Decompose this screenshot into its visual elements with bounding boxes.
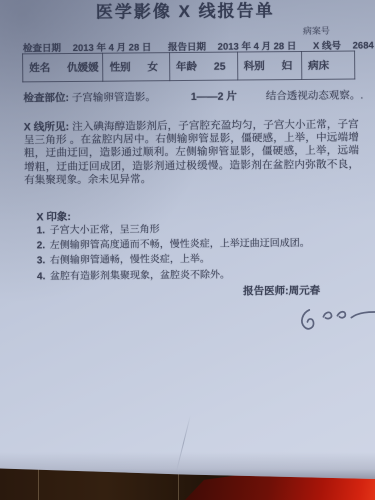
xray-findings-paragraph: X 线所见: 注入碘海醇造影剂后，子宫腔充盈均匀，子宫大小正常，子宫呈三角形 。… [24, 119, 360, 188]
cell-age: 年龄 25 [169, 52, 237, 81]
exam-note: 结合透视动态观察。. [266, 89, 364, 102]
item-number: 4. [37, 269, 50, 284]
doctor-label: 报告医师: [243, 285, 289, 297]
reporting-doctor-line: 报告医师:周元春 [243, 283, 320, 299]
department-label: 科别 [244, 60, 265, 72]
name-label: 姓名 [29, 62, 50, 74]
sex-value: 女 [147, 61, 158, 73]
exam-site-label: 检查部位: [23, 92, 69, 104]
item-number: 2. [37, 238, 50, 253]
cell-department: 科别 妇 [237, 51, 302, 80]
cell-bed: 病床 [301, 51, 354, 79]
findings-label: X 线所见: [24, 121, 70, 133]
item-number: 3. [37, 254, 50, 269]
film-count: 1——2 片 [191, 91, 237, 103]
cell-name: 姓名 仇媛媛 [23, 53, 104, 82]
handwritten-signature [292, 298, 375, 345]
age-value: 25 [214, 61, 226, 73]
findings-text: 注入碘海醇造影剂后，子宫腔充盈均匀，子宫大小正常，子宫呈三角形 。在盆腔内居中。… [24, 119, 359, 187]
table-row: 姓名 仇媛媛 性别 女 年龄 25 科别 妇 病床 [23, 51, 355, 82]
xray-number-value: 2684 [353, 40, 374, 51]
cell-sex: 性别 女 [103, 53, 170, 82]
impression-list: 1. 子宫大小正常，呈三角形 2. 左侧输卵管高度通而不畅，慢性炎症，上举迂曲迂… [37, 221, 358, 285]
item-text: 盆腔有造影剂集聚现象，盆腔炎不除外。 [50, 266, 357, 284]
exam-site-line: 检查部位: 子宫输卵管造影。 1——2 片 结合透视动态观察。. [23, 87, 363, 105]
bed-label: 病床 [308, 60, 329, 72]
record-number-label: 病案号 [303, 24, 330, 37]
report-title: 医学影像 X 线报告单 [0, 0, 373, 24]
exam-site-value: 子宫输卵管造影。 [72, 91, 156, 104]
impression-heading: X 印象: [36, 209, 71, 224]
age-label: 年龄 [176, 61, 197, 73]
sex-label: 性别 [110, 61, 131, 73]
patient-info-table: 姓名 仇媛媛 性别 女 年龄 25 科别 妇 病床 [22, 51, 355, 83]
list-item: 4. 盆腔有造影剂集聚现象，盆腔炎不除外。 [37, 266, 357, 284]
item-number: 1. [37, 223, 50, 238]
photo-of-report: 医学影像 X 线报告单 病案号 检查日期 2013 年 4 月 28 日 报告日… [0, 0, 375, 500]
department-value: 妇 [282, 60, 293, 72]
name-value: 仇媛媛 [67, 62, 99, 74]
doctor-name: 周元春 [289, 285, 321, 297]
